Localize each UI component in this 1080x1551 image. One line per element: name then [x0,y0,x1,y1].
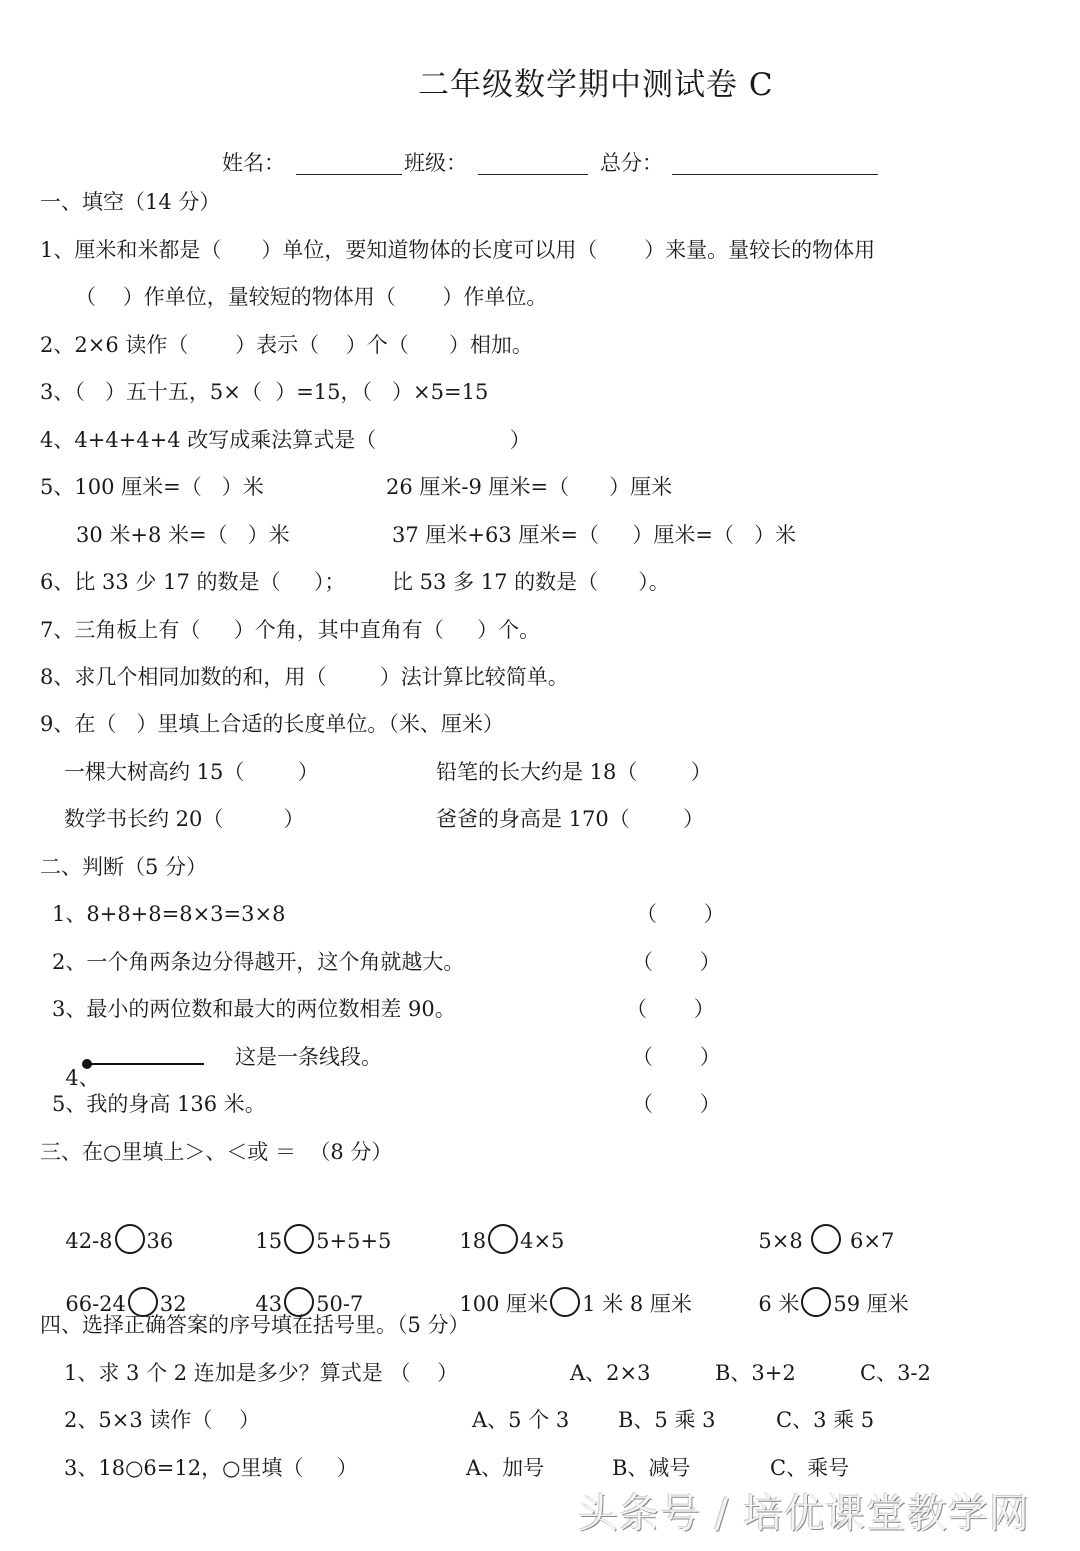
choice-option-b[interactable]: B、5 乘 3 [618,1410,716,1431]
line-segment-icon [82,1058,204,1070]
choice-question-1: 1、求 3 个 2 连加是多少？算式是 （ ） [64,1363,458,1384]
question-6a: 6、比 33 少 17 的数是（ ）； [40,572,345,593]
question-3: 3、（ ）五十五，5×（ ）=15，（ ）×5=15 [40,382,488,403]
compare-item: 184×5 [446,1203,564,1254]
question-5c: 30 米+8 米=（ ）米 [76,525,290,546]
question-9-item: 铅笔的长大约是 18（ ） [436,762,712,783]
compare-item: 66-2432 [52,1266,187,1317]
judge-item-3: 3、最小的两位数和最大的两位数相差 90。 [52,999,456,1020]
judge-answer-bracket[interactable]: （ ） [632,1094,721,1115]
judge-item-5: 5、我的身高 136 米。 [52,1094,266,1115]
compare-circle[interactable] [284,1224,314,1254]
judge-item-4-text: 这是一条线段。 [235,1047,382,1068]
question-5d: 37 厘米+63 厘米=（ ）厘米=（ ）米 [392,525,796,546]
choice-question-3: 3、18○6=12，○里填（ ） [64,1458,358,1479]
section3-heading: 三、在○里填上＞、＜或 ＝ （8 分） [40,1142,392,1163]
compare-item: 4350-7 [242,1266,363,1317]
judge-answer-bracket[interactable]: （ ） [626,999,715,1020]
choice-option-c[interactable]: C、3 乘 5 [776,1410,874,1431]
question-1-line1: 1、厘米和米都是（ ）单位，要知道物体的长度可以用（ ）来量。量较长的物体用 [40,240,875,261]
choice-option-c[interactable]: C、乘号 [770,1458,849,1479]
question-4: 4、4+4+4+4 改写成乘法算式是（ ） [40,430,531,451]
section1-heading: 一、填空（14 分） [40,192,220,213]
judge-answer-bracket[interactable]: （ ） [632,952,721,973]
question-5a: 5、100 厘米=（ ）米 [40,477,264,498]
compare-circle[interactable] [801,1287,831,1317]
compare-circle[interactable] [811,1224,841,1254]
choice-option-c[interactable]: C、3-2 [860,1363,931,1384]
question-9-item: 数学书长约 20（ ） [64,809,304,830]
choice-option-a[interactable]: A、5 个 3 [472,1410,569,1431]
question-6b: 比 53 多 17 的数是（ ）。 [392,572,670,593]
question-1-line2: （ ）作单位，量较短的物体用（ ）作单位。 [75,287,547,308]
compare-circle[interactable] [115,1224,145,1254]
section2-heading: 二、判断（5 分） [40,857,207,878]
name-label: 姓名： [222,153,285,174]
score-label: 总分： [600,153,663,174]
question-9-item: 爸爸的身高是 170（ ） [436,809,704,830]
judge-item-1: 1、8+8+8=8×3=3×8 [52,904,285,925]
exam-title: 二年级数学期中测试卷 C [418,70,774,101]
question-8: 8、求几个相同加数的和，用（ ）法计算比较简单。 [40,667,569,688]
question-7: 7、三角板上有（ ）个角，其中直角有（ ）个。 [40,620,540,641]
question-5b: 26 厘米-9 厘米=（ ）厘米 [386,477,672,498]
compare-item: 6 米59 厘米 [745,1266,909,1317]
compare-circle[interactable] [488,1224,518,1254]
class-field[interactable] [478,154,588,175]
compare-item: 42-836 [52,1203,173,1254]
name-field[interactable] [296,154,402,175]
line-segment-figure [72,1042,204,1079]
choice-option-a[interactable]: A、2×3 [570,1363,650,1384]
compare-item: 100 厘米1 米 8 厘米 [446,1266,692,1317]
watermark: 头条号 / 培优课堂教学网 [578,1494,1030,1534]
judge-answer-bracket[interactable]: （ ） [636,904,725,925]
choice-option-b[interactable]: B、3+2 [715,1363,796,1384]
choice-option-a[interactable]: A、加号 [466,1458,544,1479]
judge-item-2: 2、一个角两条边分得越开，这个角就越大。 [52,952,464,973]
class-label: 班级： [404,153,467,174]
compare-item: 155+5+5 [242,1203,391,1254]
score-field[interactable] [672,154,878,175]
question-2: 2、2×6 读作（ ）表示（ ）个（ ）相加。 [40,335,533,356]
section4-heading: 四、选择正确答案的序号填在括号里。（5 分） [40,1315,470,1336]
question-9: 9、在（ ）里填上合适的长度单位。（米、厘米） [40,714,504,735]
compare-item: 5×8 6×7 [745,1203,894,1254]
question-9-item: 一棵大树高约 15（ ） [64,762,319,783]
judge-answer-bracket[interactable]: （ ） [632,1047,721,1068]
compare-circle[interactable] [550,1287,580,1317]
choice-question-2: 2、5×3 读作（ ） [64,1410,260,1431]
choice-option-b[interactable]: B、减号 [612,1458,690,1479]
